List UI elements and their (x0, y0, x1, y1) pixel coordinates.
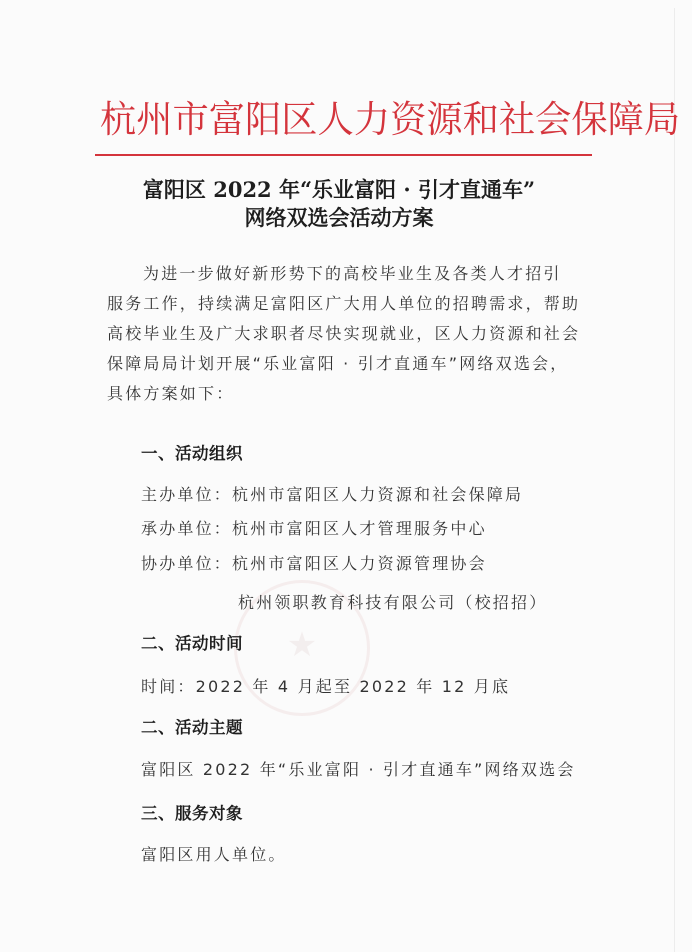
audience-line: 富阳区用人单位。 (141, 842, 287, 865)
intro-line: 为进一步做好新形势下的高校毕业生及各类人才招引 (107, 259, 587, 289)
time-label: 时间： (141, 677, 196, 696)
seal-star-icon: ★ (287, 625, 317, 665)
org-organizer-value: 杭州市富阳区人才管理服务中心 (232, 519, 487, 538)
document-title-line-1: 富阳区 2022 年“乐业富阳 · 引才直通车” (0, 174, 685, 204)
letterhead-organization: 杭州市富阳区人力资源和社会保障局 (100, 92, 582, 148)
intro-line: 保障局局计划开展“乐业富阳 · 引才直通车”网络双选会， (107, 349, 587, 379)
document-title-line-2: 网络双选会活动方案 (0, 202, 685, 232)
document-page: 杭州市富阳区人力资源和社会保障局 富阳区 2022 年“乐业富阳 · 引才直通车… (0, 0, 692, 952)
section-heading-time: 二、活动时间 (141, 630, 243, 654)
section-heading-organization: 一、活动组织 (141, 440, 243, 464)
time-value: 2022 年 4 月起至 2022 年 12 月底 (196, 677, 511, 696)
org-host-value: 杭州市富阳区人力资源和社会保障局 (232, 485, 523, 504)
page-edge (674, 8, 675, 952)
audience-value: 富阳区用人单位。 (141, 845, 287, 864)
org-coorganizer-line-2: 杭州领职教育科技有限公司（校招招） (238, 590, 547, 613)
org-coorganizer-value-2: 杭州领职教育科技有限公司（校招招） (238, 593, 547, 612)
org-host-line: 主办单位：杭州市富阳区人力资源和社会保障局 (141, 482, 523, 505)
time-line: 时间：2022 年 4 月起至 2022 年 12 月底 (141, 674, 510, 697)
intro-line: 高校毕业生及广大求职者尽快实现就业，区人力资源和社会 (107, 319, 587, 349)
org-coorganizer-line: 协办单位：杭州市富阳区人力资源管理协会 (141, 551, 487, 574)
letterhead-red-rule (95, 154, 592, 156)
section-heading-audience: 三、服务对象 (141, 800, 243, 824)
org-organizer-line: 承办单位：杭州市富阳区人才管理服务中心 (141, 516, 487, 539)
intro-line: 服务工作，持续满足富阳区广大用人单位的招聘需求，帮助 (107, 289, 587, 319)
theme-value: 富阳区 2022 年“乐业富阳 · 引才直通车”网络双选会 (141, 760, 576, 779)
org-host-label: 主办单位： (141, 485, 232, 504)
intro-paragraph: 为进一步做好新形势下的高校毕业生及各类人才招引 服务工作，持续满足富阳区广大用人… (107, 259, 587, 409)
org-coorganizer-label: 协办单位： (141, 554, 232, 573)
intro-line: 具体方案如下： (107, 379, 587, 409)
org-organizer-label: 承办单位： (141, 519, 232, 538)
theme-line: 富阳区 2022 年“乐业富阳 · 引才直通车”网络双选会 (141, 757, 576, 780)
section-heading-theme: 二、活动主题 (141, 714, 243, 738)
org-coorganizer-value: 杭州市富阳区人力资源管理协会 (232, 554, 487, 573)
